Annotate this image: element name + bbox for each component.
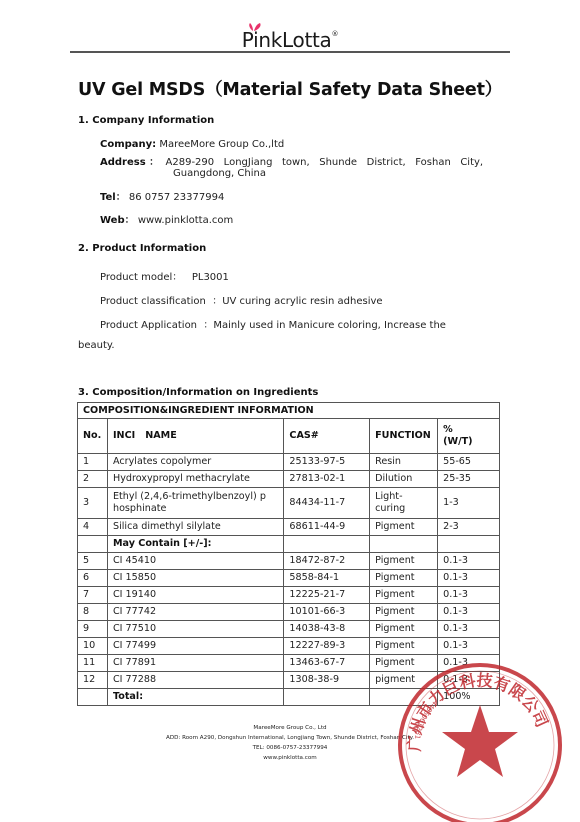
table-row: 1Acrylates copolymer25133-97-5Resin55-65 [78,454,500,471]
brand-logo: PinkLotta® [0,28,580,52]
cell-inci-name: CI 77288 [107,672,283,689]
cell-function: Pigment [370,553,438,570]
tel-value: 86 0757 23377994 [129,192,224,203]
table-row: 2Hydroxypropyl methacrylate27813-02-1Dil… [78,471,500,488]
cell-no: 11 [78,655,108,672]
percent-symbol: % [443,424,453,435]
company-line: Company: MareeMore Group Co.,ltd [100,139,284,150]
cell-cas: 27813-02-1 [284,471,370,488]
cell-function: Pigment [370,621,438,638]
cell-no: 3 [78,488,108,519]
cell-function: Pigment [370,519,438,536]
cell-inci-name: Acrylates copolymer [107,454,283,471]
table-row: 6CI 158505858-84-1Pigment0.1-3 [78,570,500,587]
cell-no: 5 [78,553,108,570]
percent-unit: (W/T) [443,436,472,447]
cell-function: Pigment [370,638,438,655]
cell-no: 10 [78,638,108,655]
table-row: 5CI 4541018472-87-2Pigment0.1-3 [78,553,500,570]
cell-inci-name: CI 77510 [107,621,283,638]
cell-cas [284,689,370,706]
address-label: Address ： [100,157,159,168]
cell-no [78,689,108,706]
cell-percent: 0.1-3 [438,638,500,655]
registered-mark: ® [332,30,339,38]
cell-inci-name: CI 77891 [107,655,283,672]
product-classification-label: Product classification ： [100,296,222,307]
table-header-row: No. INCI NAME CAS# FUNCTION %(W/T) [78,419,500,454]
cell-function [370,536,438,553]
company-seal-stamp: 广州市力巨科技有限公司 4406061281 [395,660,565,822]
cell-percent: 2-3 [438,519,500,536]
cell-inci-name: Hydroxypropyl methacrylate [107,471,283,488]
cell-cas: 14038-43-8 [284,621,370,638]
cell-no: 4 [78,519,108,536]
cell-inci-name: CI 15850 [107,570,283,587]
section-product-heading: 2. Product Information [78,243,206,254]
col-header-no: No. [78,419,108,454]
cell-no: 9 [78,621,108,638]
msds-page: PinkLotta® UV Gel MSDS（Material Safety D… [0,0,580,822]
cell-cas: 12225-21-7 [284,587,370,604]
brand-name: PinkLotta [242,28,332,52]
cell-cas: 18472-87-2 [284,553,370,570]
cell-percent: 0.1-3 [438,570,500,587]
address-line: Address ： A289-290 LongJiang town, Shund… [100,153,483,168]
product-model-label: Product model： [100,272,182,283]
web-line: Web： www.pinklotta.com [100,211,233,226]
product-application-cont: beauty. [78,340,115,351]
cell-cas: 5858-84-1 [284,570,370,587]
company-label: Company: [100,139,156,150]
cell-cas: 1308-38-9 [284,672,370,689]
table-row: 3Ethyl (2,4,6-trimethylbenzoyl) phosphin… [78,488,500,519]
cell-cas: 10101-66-3 [284,604,370,621]
cell-inci-name: CI 77742 [107,604,283,621]
header-divider [70,51,510,53]
product-application-value: Mainly used in Manicure coloring, Increa… [213,320,446,331]
cell-cas: 25133-97-5 [284,454,370,471]
cell-no: 1 [78,454,108,471]
col-header-function: FUNCTION [370,419,438,454]
product-application-line: Product Application ：Mainly used in Mani… [100,316,446,331]
product-model-line: Product model： PL3001 [100,268,229,283]
cell-inci-name: CI 77499 [107,638,283,655]
table-row: 8CI 7774210101-66-3Pigment0.1-3 [78,604,500,621]
total-label: Total: [107,689,283,706]
web-label: Web： [100,215,135,226]
table-row: 10CI 7749912227-89-3Pigment0.1-3 [78,638,500,655]
address-line-2: Guangdong, China [173,168,266,179]
cell-function: Pigment [370,587,438,604]
cell-function: Pigment [370,570,438,587]
cell-inci-name: CI 19140 [107,587,283,604]
cell-percent: 0.1-3 [438,604,500,621]
cell-no [78,536,108,553]
table-row: 7CI 1914012225-21-7Pigment0.1-3 [78,587,500,604]
cell-inci-name: Silica dimethyl silylate [107,519,283,536]
cell-no: 8 [78,604,108,621]
table-caption-row: COMPOSITION&INGREDIENT INFORMATION [78,403,500,419]
document-title: UV Gel MSDS（Material Safety Data Sheet） [78,76,502,101]
cell-cas: 84434-11-7 [284,488,370,519]
table-row: 9CI 7751014038-43-8Pigment0.1-3 [78,621,500,638]
cell-cas: 13463-67-7 [284,655,370,672]
cell-percent: 1-3 [438,488,500,519]
product-classification-line: Product classification ：UV curing acryli… [100,292,383,307]
col-header-percent: %(W/T) [438,419,500,454]
web-link[interactable]: www.pinklotta.com [138,215,233,226]
company-value: MareeMore Group Co.,ltd [159,139,284,150]
tel-line: Tel： 86 0757 23377994 [100,188,224,203]
cell-function: Dilution [370,471,438,488]
cell-percent: 0.1-3 [438,553,500,570]
cell-no: 6 [78,570,108,587]
tel-label: Tel： [100,192,126,203]
section-company-heading: 1. Company Information [78,115,214,126]
cell-function: Light-curing [370,488,438,519]
cell-percent: 0.1-3 [438,621,500,638]
col-header-cas: CAS# [284,419,370,454]
product-model-value: PL3001 [192,272,229,283]
may-contain-row: May Contain [+/-]: [78,536,500,553]
cell-function: Pigment [370,604,438,621]
cell-no: 7 [78,587,108,604]
address-value: A289-290 LongJiang town, Shunde District… [166,157,484,168]
cell-cas [284,536,370,553]
product-application-label: Product Application ： [100,320,213,331]
cell-no: 12 [78,672,108,689]
cell-percent: 25-35 [438,471,500,488]
cell-percent: 0.1-3 [438,587,500,604]
section-composition-heading: 3. Composition/Information on Ingredient… [78,387,318,398]
cell-inci-name: Ethyl (2,4,6-trimethylbenzoyl) phosphina… [107,488,283,519]
table-caption: COMPOSITION&INGREDIENT INFORMATION [78,403,500,419]
cell-no: 2 [78,471,108,488]
star-icon [442,705,518,777]
may-contain-label: May Contain [+/-]: [107,536,283,553]
cell-percent: 55-65 [438,454,500,471]
cell-percent [438,536,500,553]
cell-cas: 68611-44-9 [284,519,370,536]
product-classification-value: UV curing acrylic resin adhesive [222,296,382,307]
cell-inci-name: CI 45410 [107,553,283,570]
cell-function: Resin [370,454,438,471]
table-row: 4Silica dimethyl silylate68611-44-9Pigme… [78,519,500,536]
cell-cas: 12227-89-3 [284,638,370,655]
col-header-inci-name: INCI NAME [107,419,283,454]
